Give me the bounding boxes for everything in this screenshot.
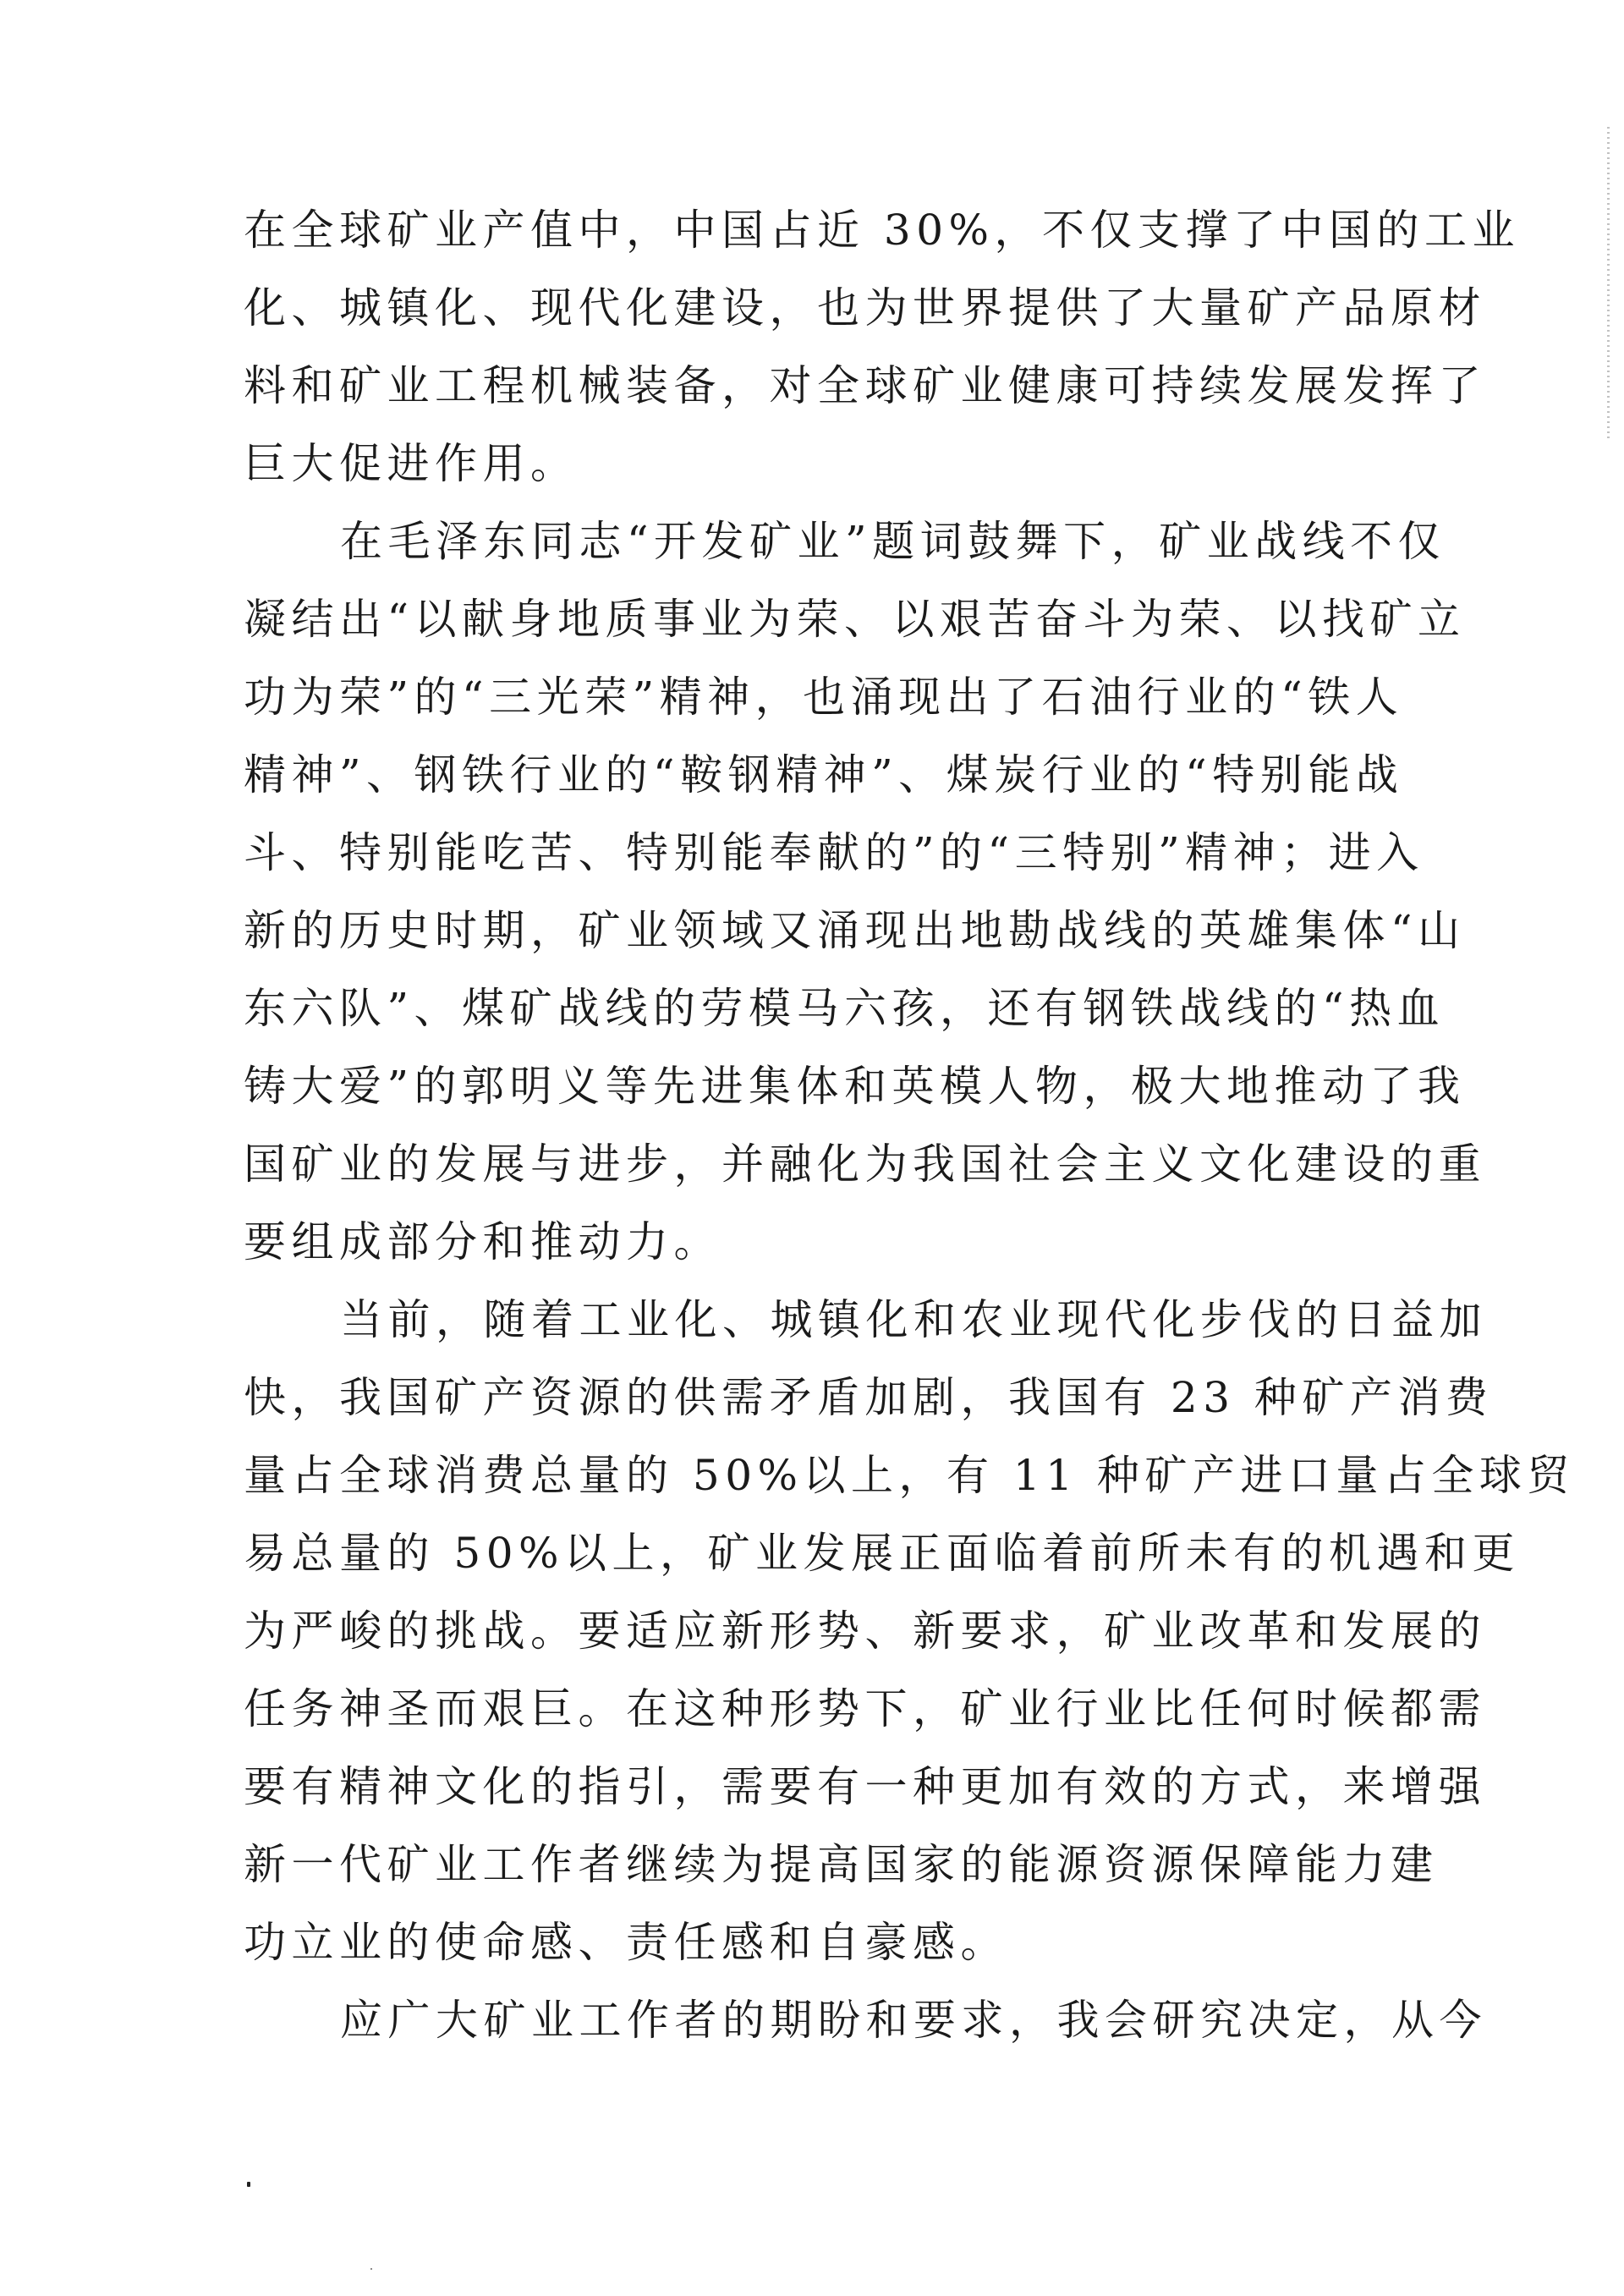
text-line: 任务神圣而艰巨。在这种形势下，矿业行业比任何时候都需	[244, 1670, 1369, 1748]
text-line: 精神”、钢铁行业的“鞍钢精神”、煤炭行业的“特别能战	[244, 736, 1369, 814]
text-line: 国矿业的发展与进步，并融化为我国社会主义文化建设的重	[244, 1125, 1369, 1203]
scan-speck	[370, 2268, 372, 2270]
text-line: 化、城镇化、现代化建设，也为世界提供了大量矿产品原材	[244, 269, 1369, 347]
text-line: 在毛泽东同志“开发矿业”题词鼓舞下，矿业战线不仅	[244, 503, 1369, 580]
text-line: 功立业的使命感、责任感和自豪感。	[244, 1903, 1369, 1981]
text-line: 铸大爱”的郭明义等先进集体和英模人物，极大地推动了我	[244, 1047, 1369, 1125]
text-line: 斗、特别能吃苦、特别能奉献的”的“三特别”精神；进入	[244, 814, 1369, 892]
scan-speck	[247, 2182, 250, 2187]
text-line: 功为荣”的“三光荣”精神，也涌现出了石油行业的“铁人	[244, 658, 1369, 736]
text-line: 新一代矿业工作者继续为提高国家的能源资源保障能力建	[244, 1826, 1369, 1903]
text-line: 要有精神文化的指引，需要有一种更加有效的方式，来增强	[244, 1748, 1369, 1826]
text-line: 当前，随着工业化、城镇化和农业现代化步伐的日益加	[244, 1281, 1369, 1359]
paragraph-4: 应广大矿业工作者的期盼和要求，我会研究决定，从今	[244, 1981, 1369, 2059]
scan-edge-marks	[1607, 127, 1610, 440]
scanned-document-page: 在全球矿业产值中，中国占近 30%，不仅支撑了中国的工业 化、城镇化、现代化建设…	[0, 0, 1624, 2296]
paragraph-1: 在全球矿业产值中，中国占近 30%，不仅支撑了中国的工业 化、城镇化、现代化建设…	[244, 191, 1369, 503]
text-line: 量占全球消费总量的 50%以上，有 11 种矿产进口量占全球贸	[244, 1436, 1369, 1514]
paragraph-2: 在毛泽东同志“开发矿业”题词鼓舞下，矿业战线不仅 凝结出“以献身地质事业为荣、以…	[244, 503, 1369, 1281]
text-line: 凝结出“以献身地质事业为荣、以艰苦奋斗为荣、以找矿立	[244, 580, 1369, 658]
text-line: 料和矿业工程机械装备，对全球矿业健康可持续发展发挥了	[244, 347, 1369, 425]
text-line: 在全球矿业产值中，中国占近 30%，不仅支撑了中国的工业	[244, 191, 1369, 269]
text-line: 应广大矿业工作者的期盼和要求，我会研究决定，从今	[244, 1981, 1369, 2059]
text-line: 新的历史时期，矿业领域又涌现出地勘战线的英雄集体“山	[244, 892, 1369, 969]
text-line: 快，我国矿产资源的供需矛盾加剧，我国有 23 种矿产消费	[244, 1359, 1369, 1436]
document-body: 在全球矿业产值中，中国占近 30%，不仅支撑了中国的工业 化、城镇化、现代化建设…	[244, 191, 1369, 2059]
text-line: 巨大促进作用。	[244, 425, 1369, 503]
text-line: 易总量的 50%以上，矿业发展正面临着前所未有的机遇和更	[244, 1514, 1369, 1592]
text-line: 要组成部分和推动力。	[244, 1203, 1369, 1281]
paragraph-3: 当前，随着工业化、城镇化和农业现代化步伐的日益加 快，我国矿产资源的供需矛盾加剧…	[244, 1281, 1369, 1981]
text-line: 为严峻的挑战。要适应新形势、新要求，矿业改革和发展的	[244, 1592, 1369, 1670]
text-line: 东六队”、煤矿战线的劳模马六孩，还有钢铁战线的“热血	[244, 969, 1369, 1047]
